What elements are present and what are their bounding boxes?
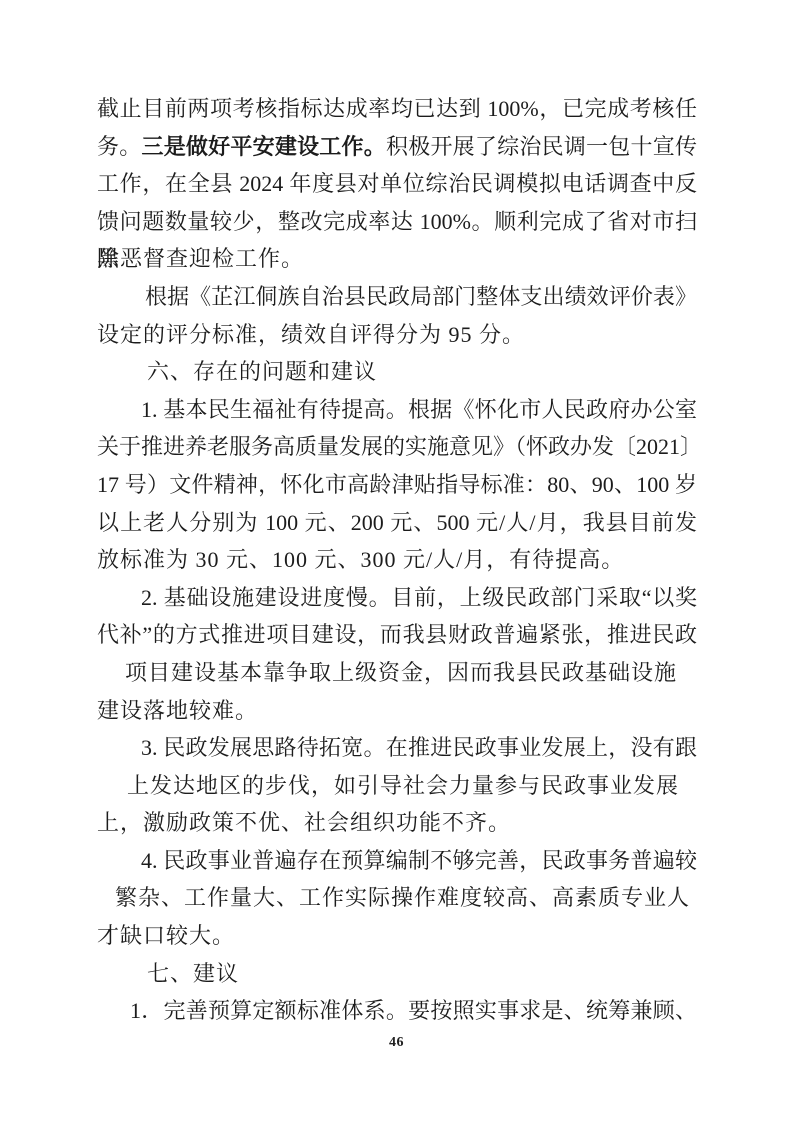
text-segment: 积极开展了综治民调一包十宣传 <box>386 134 697 159</box>
text-line: 七、建议 <box>97 955 697 993</box>
text-segment: 项目建设基本靠争取上级资金，因而我县民政基础设施 <box>125 660 677 685</box>
text-segment: 六、存在的问题和建议 <box>147 359 377 384</box>
text-segment: 除恶督查迎检工作。 <box>97 246 304 271</box>
document-page: 截止目前两项考核指标达成率均已达到 100%，已完成考核任务。三是做好平安建设工… <box>0 0 793 1122</box>
text-segment: 1. 基本民生福祉有待提高。根据《怀化市人民政府办公室 <box>141 397 697 422</box>
page-number: 46 <box>0 1035 793 1051</box>
text-line: 2. 基础设施建设进度慢。目前，上级民政部门采取“以奖 <box>97 579 697 617</box>
text-segment: 4. 民政事业普遍存在预算编制不够完善，民政事务普遍较 <box>141 848 697 873</box>
text-line: 工作，在全县 2024 年度县对单位综治民调模拟电话调查中反 <box>97 165 697 203</box>
text-segment: 根据《芷江侗族自治县民政局部门整体支出绩效评价表》 <box>145 284 697 309</box>
document-body: 截止目前两项考核指标达成率均已达到 100%，已完成考核任务。三是做好平安建设工… <box>97 90 697 1030</box>
text-segment: 才缺口较大。 <box>97 923 235 948</box>
text-line: 上，激励政策不优、社会组织功能不齐。 <box>97 804 697 842</box>
text-line: 3. 民政发展思路待拓宽。在推进民政事业发展上，没有跟 <box>97 729 697 767</box>
text-line: 以上老人分别为 100 元、200 元、500 元/人/月，我县目前发 <box>97 504 697 542</box>
bold-text-segment: 三是做好平安建设工作。 <box>141 134 386 159</box>
text-line: 放标准为 30 元、100 元、300 元/人/月，有待提高。 <box>97 541 697 579</box>
text-line: 六、存在的问题和建议 <box>97 353 697 391</box>
text-line: 务。三是做好平安建设工作。积极开展了综治民调一包十宣传 <box>97 128 697 166</box>
text-line: 上发达地区的步伐，如引导社会力量参与民政事业发展 <box>97 767 697 805</box>
text-line: 才缺口较大。 <box>97 917 697 955</box>
text-segment: 务。 <box>97 134 141 159</box>
text-line: 1．完善预算定额标准体系。要按照实事求是、统筹兼顾、 <box>97 992 697 1030</box>
text-segment: 七、建议 <box>147 961 239 986</box>
text-segment: 17 号）文件精神，怀化市高龄津贴指导标准：80、90、100 岁 <box>97 472 697 497</box>
text-line: 截止目前两项考核指标达成率均已达到 100%，已完成考核任 <box>97 90 697 128</box>
text-segment: 截止目前两项考核指标达成率均已达到 100%，已完成考核任 <box>97 96 697 121</box>
text-line: 除恶督查迎检工作。 <box>97 240 697 278</box>
text-segment: 设定的评分标准，绩效自评得分为 95 分。 <box>97 322 525 347</box>
text-line: 关于推进养老服务高质量发展的实施意见》（怀政办发〔2021〕 <box>97 428 697 466</box>
text-line: 4. 民政事业普遍存在预算编制不够完善，民政事务普遍较 <box>97 842 697 880</box>
text-line: 17 号）文件精神，怀化市高龄津贴指导标准：80、90、100 岁 <box>97 466 697 504</box>
text-segment: 代补”的方式推进项目建设，而我县财政普遍紧张，推进民政 <box>97 622 697 647</box>
text-line: 代补”的方式推进项目建设，而我县财政普遍紧张，推进民政 <box>97 616 697 654</box>
text-segment: 建设落地较难。 <box>97 698 258 723</box>
text-segment: 上发达地区的步伐，如引导社会力量参与民政事业发展 <box>127 773 679 798</box>
text-line: 馈问题数量较少，整改完成率达 100%。顺利完成了省对市扫黑 <box>97 203 697 241</box>
text-line: 建设落地较难。 <box>97 692 697 730</box>
text-segment: 关于推进养老服务高质量发展的实施意见》（怀政办发〔2021〕 <box>97 434 702 459</box>
text-segment: 以上老人分别为 100 元、200 元、500 元/人/月，我县目前发 <box>97 510 697 535</box>
text-line: 根据《芷江侗族自治县民政局部门整体支出绩效评价表》 <box>97 278 697 316</box>
text-segment: 放标准为 30 元、100 元、300 元/人/月，有待提高。 <box>97 547 624 572</box>
text-line: 项目建设基本靠争取上级资金，因而我县民政基础设施 <box>97 654 697 692</box>
text-segment: 2. 基础设施建设进度慢。目前，上级民政部门采取“以奖 <box>141 585 697 610</box>
text-line: 设定的评分标准，绩效自评得分为 95 分。 <box>97 316 697 354</box>
text-segment: 1．完善预算定额标准体系。要按照实事求是、统筹兼顾、 <box>130 998 697 1023</box>
text-segment: 3. 民政发展思路待拓宽。在推进民政事业发展上，没有跟 <box>141 735 697 760</box>
text-segment: 上，激励政策不优、社会组织功能不齐。 <box>97 810 511 835</box>
text-segment: 繁杂、工作量大、工作实际操作难度较高、高素质专业人 <box>115 885 690 910</box>
text-line: 繁杂、工作量大、工作实际操作难度较高、高素质专业人 <box>97 879 697 917</box>
text-segment: 工作，在全县 2024 年度县对单位综治民调模拟电话调查中反 <box>97 171 697 196</box>
text-line: 1. 基本民生福祉有待提高。根据《怀化市人民政府办公室 <box>97 391 697 429</box>
